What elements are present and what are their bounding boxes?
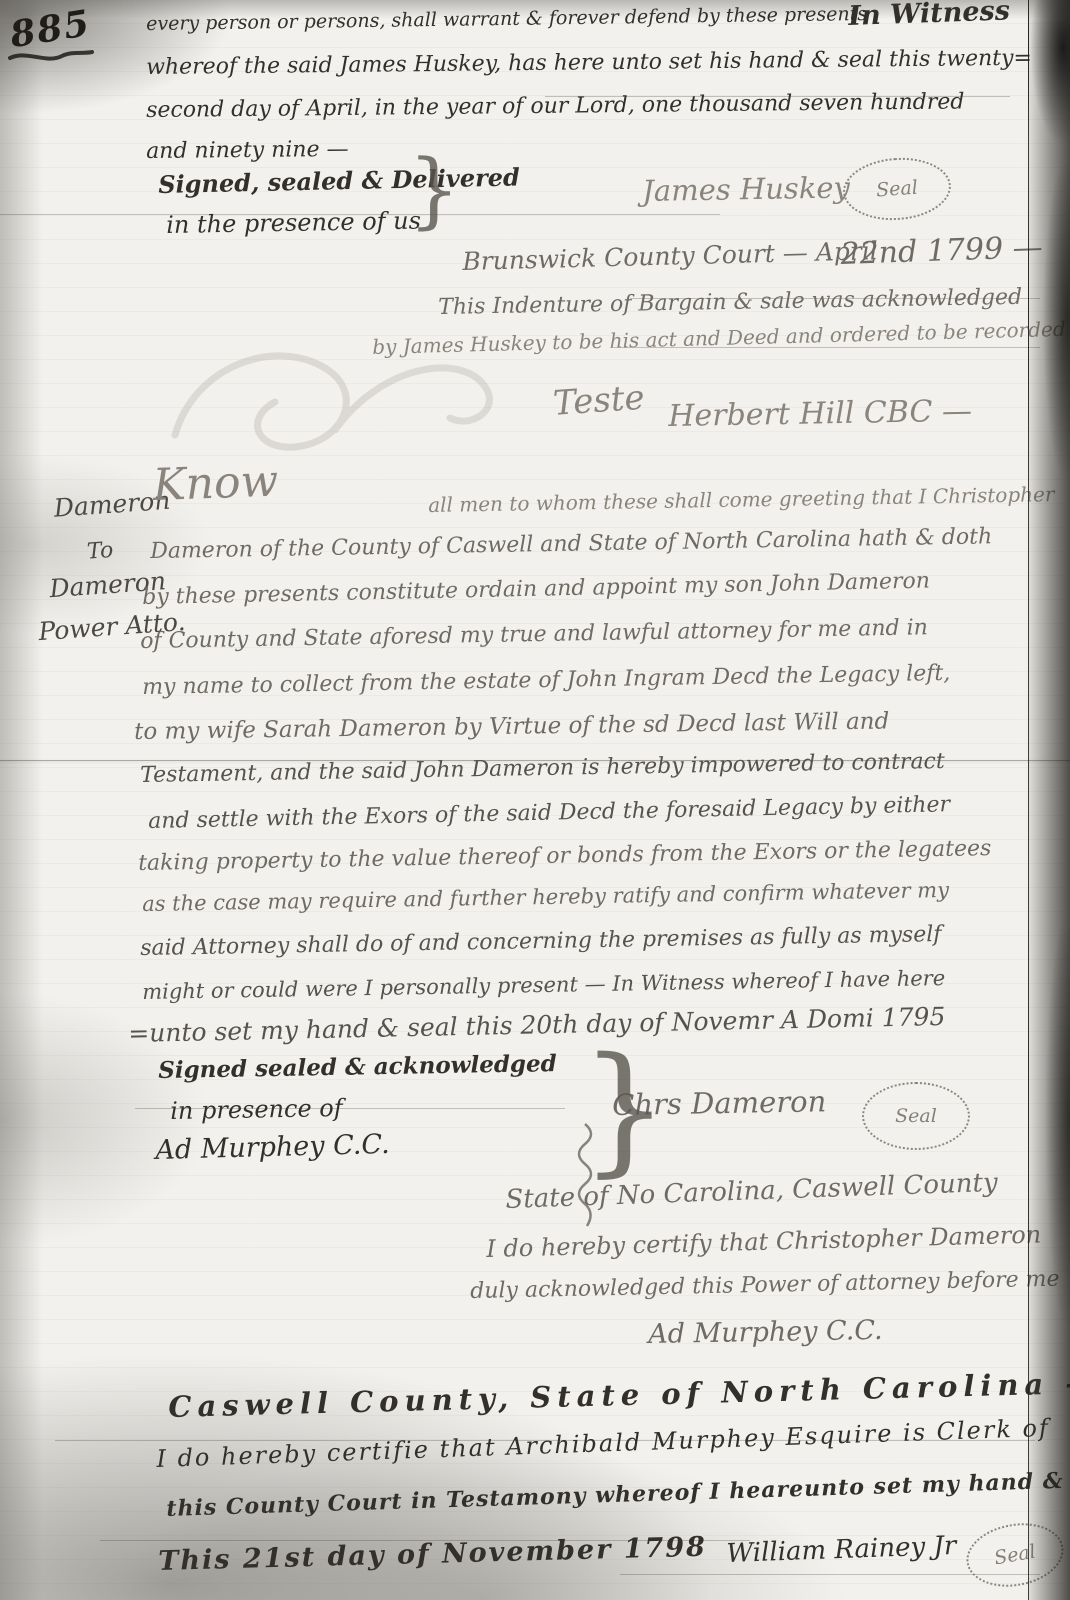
manuscript-line: by these presents constitute ordain and … xyxy=(142,570,930,611)
seal-mark: Seal xyxy=(862,1082,970,1150)
margin-note: Dameron To Dameron Power Atto. xyxy=(14,475,144,484)
manuscript-line: Signed, sealed & Delivered xyxy=(158,164,520,198)
manuscript-line: whereof the said James Huskey, has here … xyxy=(146,47,1032,80)
manuscript-line: every person or persons, shall warrant &… xyxy=(146,4,867,35)
manuscript-line: and settle with the Exors of the said De… xyxy=(148,793,950,834)
manuscript-line: Dameron of the County of Caswell and Sta… xyxy=(150,525,992,564)
manuscript-line: duly acknowledged this Power of attorney… xyxy=(470,1268,1060,1305)
manuscript-line: Signed sealed & acknowledged xyxy=(158,1051,557,1083)
manuscript-line: this County Court in Testamony whereof I… xyxy=(166,1467,1070,1521)
manuscript-line: might or could were I personally present… xyxy=(142,967,945,1004)
manuscript-line: Testament, and the said John Dameron is … xyxy=(140,750,945,788)
manuscript-line: Teste xyxy=(552,380,646,424)
manuscript-line: James Huskey xyxy=(642,172,850,208)
manuscript-line: said Attorney shall do of and concerning… xyxy=(140,923,942,961)
manuscript-line: to my wife Sarah Dameron by Virtue of th… xyxy=(134,709,889,745)
manuscript-line: taking property to the value thereof or … xyxy=(138,837,992,876)
manuscript-line: Ad Murphey C.C. xyxy=(155,1130,390,1166)
page-number-flourish xyxy=(6,46,96,70)
manuscript-line: second day of April, in the year of our … xyxy=(146,90,965,123)
manuscript-line: This Indenture of Bargain & sale was ack… xyxy=(438,286,1022,320)
margin-note-line: To xyxy=(86,538,114,565)
manuscript-page: 885 Dameron To Dameron Power Atto. every… xyxy=(0,0,1070,1600)
manuscript-line: Know xyxy=(152,458,279,511)
manuscript-line: William Rainey Jr xyxy=(726,1532,957,1569)
manuscript-line: Brunswick County Court — April xyxy=(462,237,878,275)
manuscript-line: in the presence of us xyxy=(166,208,421,239)
manuscript-line: 22nd 1799 — xyxy=(840,231,1043,271)
brace-mark: } xyxy=(580,1040,669,1180)
manuscript-line: in presence of xyxy=(170,1095,343,1124)
manuscript-line: =unto set my hand & seal this 20th day o… xyxy=(128,1003,946,1048)
manuscript-line: Ad Murphey C.C. xyxy=(648,1316,883,1350)
manuscript-line: my name to collect from the estate of Jo… xyxy=(142,662,950,700)
brace-mark: } xyxy=(408,150,460,232)
manuscript-line: and ninety nine — xyxy=(146,138,349,164)
manuscript-line: all men to whom these shall come greetin… xyxy=(428,483,1055,516)
seal-mark: Seal xyxy=(841,154,953,223)
manuscript-line: of County and State aforesd my true and … xyxy=(140,616,928,654)
manuscript-line: as the case may require and further here… xyxy=(142,879,949,916)
manuscript-line: by James Huskey to be his act and Deed a… xyxy=(372,318,1066,358)
binding-edge-shadow xyxy=(1028,0,1070,1600)
manuscript-line: Caswell County, State of North Carolina … xyxy=(168,1368,1070,1424)
manuscript-line: I do hereby certifie that Archibald Murp… xyxy=(156,1415,1050,1473)
manuscript-line: In Witness xyxy=(848,0,1010,32)
manuscript-line: Herbert Hill CBC — xyxy=(668,395,972,433)
